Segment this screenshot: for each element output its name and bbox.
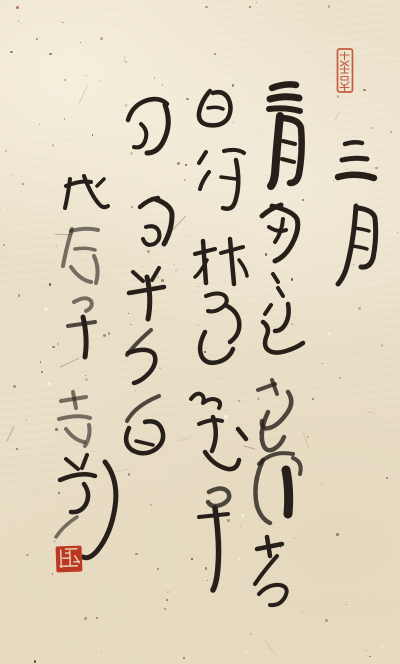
calligraphy-column-title (338, 142, 376, 284)
calligraphy-column-2 (191, 91, 247, 590)
ink-layer (0, 0, 400, 664)
calligraphy-column-signature (56, 176, 116, 558)
seal-bottom-left (56, 546, 83, 573)
calligraphy-artwork: 三月 三月匆匆过花雨春 白行林居山岁年 问旬半了白 戊辰年 萧劳 大吉羊 (0, 0, 400, 664)
calligraphy-column-1 (255, 84, 303, 605)
seal-top-right (338, 49, 353, 92)
calligraphy-column-3 (126, 99, 172, 453)
